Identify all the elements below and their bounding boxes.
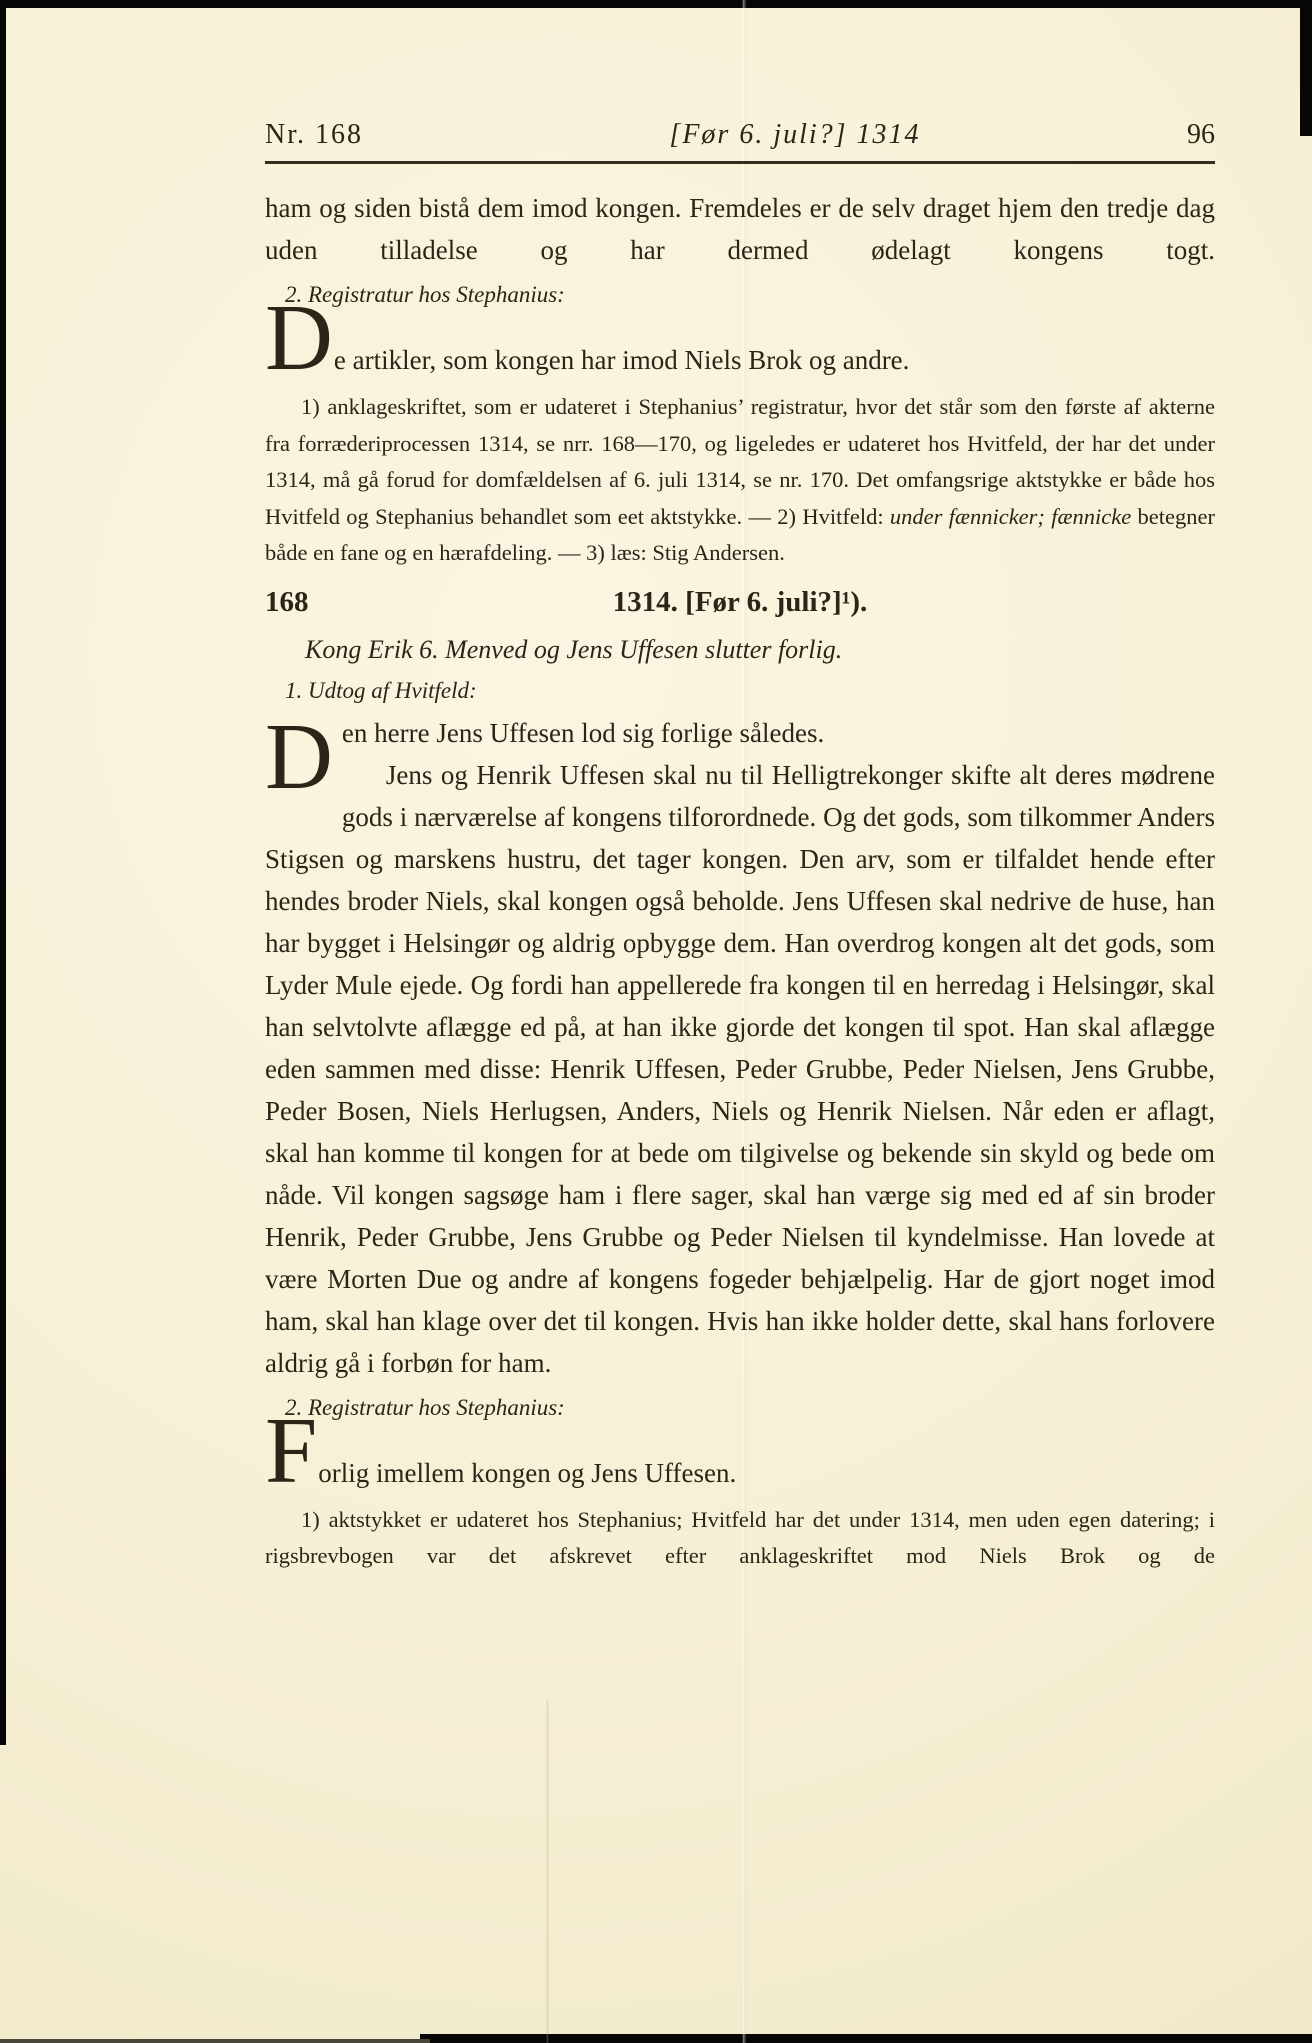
scan-edge-bottom-left: [0, 2039, 430, 2043]
entry-title: Kong Erik 6. Menved og Jens Uffesen slut…: [305, 633, 1215, 667]
running-header: Nr. 168 [Før 6. juli?] 1314 96: [265, 118, 1215, 152]
registratur-1-line: De artikler, som kongen har imod Niels B…: [265, 318, 1215, 381]
drop-cap-d-2: D: [265, 715, 333, 799]
entry-number: 168: [265, 586, 309, 618]
scan-edge-top: [0, 0, 1312, 8]
udtog-paragraph: D en herre Jens Uffesen lod sig forlige …: [265, 712, 1215, 1384]
section-label-registratur-1: 2. Registratur hos Stephanius:: [285, 280, 1215, 310]
udtog-body: Jens og Henrik Uffesen skal nu til Helli…: [265, 754, 1215, 1384]
book-page-scan: Nr. 168 [Før 6. juli?] 1314 96 ham og si…: [0, 0, 1312, 2043]
scan-edge-left: [0, 0, 6, 1745]
scan-edge-right-top: [1300, 0, 1312, 136]
header-page-number: 96: [1095, 118, 1215, 152]
paper-crease-lower: [546, 1700, 549, 2043]
header-entry-number: Nr. 168: [265, 118, 495, 152]
page-content: Nr. 168 [Før 6. juli?] 1314 96 ham og si…: [265, 118, 1215, 1575]
registratur-1-text: e artikler, som kongen har imod Niels Br…: [334, 345, 910, 375]
section-label-registratur-2: 2. Registratur hos Stephanius:: [285, 1393, 1215, 1423]
footnote-block-2: 1) aktstykket er udateret hos Stephanius…: [265, 1502, 1215, 1575]
footnote-1-italic: under fænnicker; fænnicke: [890, 504, 1131, 529]
drop-cap-f: F: [265, 1399, 318, 1503]
entry-heading-row: 168 1314. [Før 6. juli?]¹).: [265, 584, 1215, 620]
drop-cap-d-1: D: [265, 286, 334, 390]
section-label-udtog: 1. Udtog af Hvitfeld:: [285, 676, 1215, 706]
header-rule: [265, 161, 1215, 164]
entry-date-heading: 1314. [Før 6. juli?]¹).: [613, 584, 868, 620]
header-date: [Før 6. juli?] 1314: [495, 118, 1095, 152]
registratur-2-line: Forlig imellem kongen og Jens Uffesen.: [265, 1431, 1215, 1494]
continuation-paragraph: ham og siden bistå dem imod kongen. Frem…: [265, 187, 1215, 271]
udtog-first-line: en herre Jens Uffesen lod sig forlige så…: [265, 712, 1215, 754]
footnote-block-1: 1) anklageskriftet, som er udateret i St…: [265, 389, 1215, 572]
registratur-2-text: orlig imellem kongen og Jens Uffesen.: [318, 1458, 736, 1488]
scan-edge-bottom: [420, 2034, 1312, 2043]
